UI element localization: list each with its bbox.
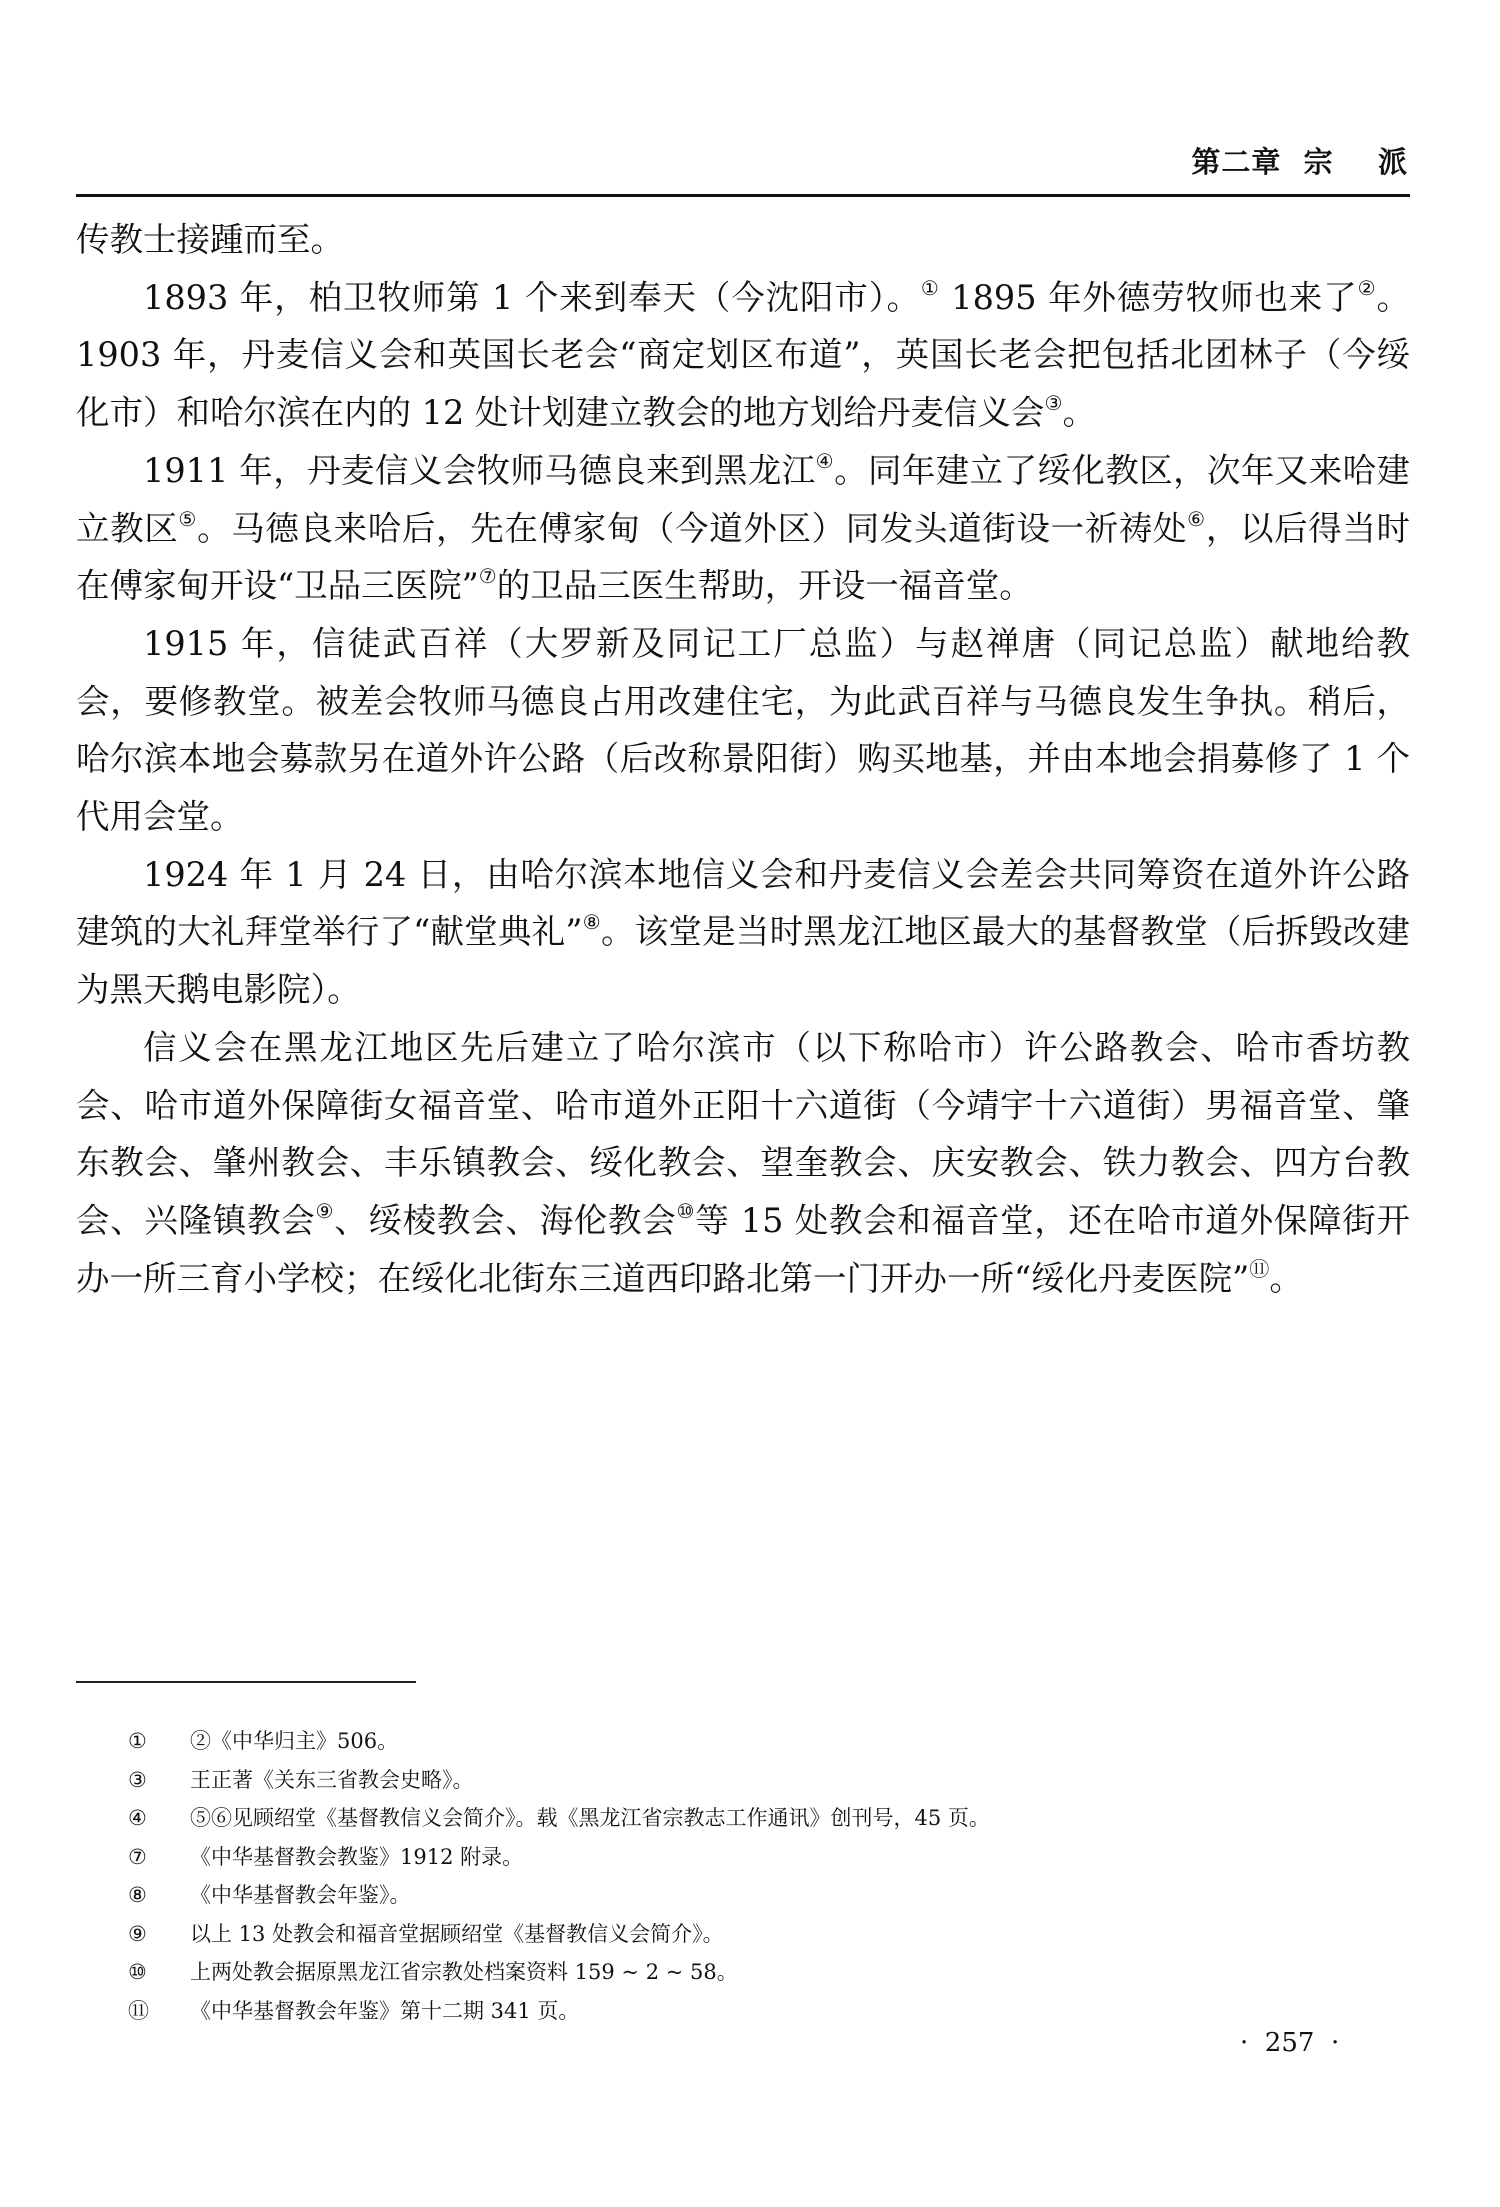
footnote-item: ⑦《中华基督教会教鉴》1912 附录。 xyxy=(128,1838,1328,1877)
text-run: 1915 年，信徒武百祥（大罗新及同记工厂总监）与赵禅唐（同记总监）献地给教会，… xyxy=(76,624,1410,836)
footnote-reference[interactable]: ② xyxy=(1358,276,1377,300)
footnote-item: ⑩上两处教会据原黑龙江省宗教处档案资料 159 ~ 2 ~ 58。 xyxy=(128,1953,1328,1992)
footnote-item: ③王正著《关东三省教会史略》。 xyxy=(128,1761,1328,1800)
page-number: · 257 · xyxy=(1240,2028,1339,2058)
paragraph: 信义会在黑龙江地区先后建立了哈尔滨市（以下称哈市）许公路教会、哈市香坊教会、哈市… xyxy=(76,1019,1410,1308)
footnote-item: ④⑤⑥见顾绍堂《基督教信义会简介》。载《黑龙江省宗教志工作通讯》创刊号，45 页… xyxy=(128,1799,1328,1838)
paragraph: 1924 年 1 月 24 日，由哈尔滨本地信义会和丹麦信义会差会共同筹资在道外… xyxy=(76,846,1410,1019)
paragraph: 1911 年，丹麦信义会牧师马德良来到黑龙江④。同年建立了绥化教区，次年又来哈建… xyxy=(76,442,1410,615)
text-run: 1911 年，丹麦信义会牧师马德良来到黑龙江 xyxy=(143,451,816,490)
text-run: 1893 年，柏卫牧师第 1 个来到奉天（今沈阳市）。 xyxy=(143,278,921,317)
text-run: 。马德良来哈后，先在傅家甸（今道外区）同发头道街设一祈祷处 xyxy=(197,509,1187,548)
running-head-chapter-title: 第二章 宗 派 xyxy=(1191,140,1408,181)
text-run: 。 xyxy=(1269,1259,1303,1298)
paragraph: 1915 年，信徒武百祥（大罗新及同记工厂总监）与赵禅唐（同记总监）献地给教会，… xyxy=(76,615,1410,846)
footnote-marker: ⑧ xyxy=(128,1876,190,1915)
paragraph: 1893 年，柏卫牧师第 1 个来到奉天（今沈阳市）。① 1895 年外德劳牧师… xyxy=(76,269,1410,442)
footnote-text: 《中华基督教会年鉴》。 xyxy=(190,1876,1328,1915)
footnote-item: ⑧《中华基督教会年鉴》。 xyxy=(128,1876,1328,1915)
footnote-reference[interactable]: ⑨ xyxy=(316,1199,335,1223)
footnote-reference[interactable]: ① xyxy=(921,276,940,300)
body-text: 传教士接踵而至。1893 年，柏卫牧师第 1 个来到奉天（今沈阳市）。① 189… xyxy=(76,211,1410,1307)
footnote-marker: ④ xyxy=(128,1799,190,1838)
footnote-reference[interactable]: ⑦ xyxy=(479,564,497,588)
footnote-marker: ① xyxy=(128,1722,190,1761)
text-run: 、绥棱教会、海伦教会 xyxy=(334,1201,676,1240)
footnote-reference[interactable]: ④ xyxy=(816,449,834,473)
footnote-reference[interactable]: ③ xyxy=(1044,391,1062,415)
footnote-separator xyxy=(76,1681,416,1683)
footnote-item: ⑨以上 13 处教会和福音堂据顾绍堂《基督教信义会简介》。 xyxy=(128,1915,1328,1954)
footnote-reference[interactable]: ⑥ xyxy=(1187,506,1206,530)
footnote-marker: ⑩ xyxy=(128,1953,190,1992)
footnote-reference[interactable]: ⑧ xyxy=(583,910,601,934)
footnote-text: ⑤⑥见顾绍堂《基督教信义会简介》。载《黑龙江省宗教志工作通讯》创刊号，45 页。 xyxy=(190,1799,1328,1838)
footnote-marker: ⑨ xyxy=(128,1915,190,1954)
text-run: 的卫品三医生帮助，开设一福音堂。 xyxy=(497,566,1033,605)
footnote-marker: ⑦ xyxy=(128,1838,190,1877)
footnote-reference[interactable]: ⑪ xyxy=(1249,1257,1269,1281)
footnote-item: ①②《中华归主》506。 xyxy=(128,1722,1328,1761)
paragraph: 传教士接踵而至。 xyxy=(76,211,1410,269)
footnote-text: 上两处教会据原黑龙江省宗教处档案资料 159 ~ 2 ~ 58。 xyxy=(190,1953,1328,1992)
text-run: 1895 年外德劳牧师也来了 xyxy=(940,278,1358,317)
footnote-reference[interactable]: ⑩ xyxy=(676,1199,695,1223)
footnote-text: 王正著《关东三省教会史略》。 xyxy=(190,1761,1328,1800)
footnote-text: 以上 13 处教会和福音堂据顾绍堂《基督教信义会简介》。 xyxy=(190,1915,1328,1954)
footnote-marker: ⑪ xyxy=(128,1992,190,2031)
footnote-item: ⑪《中华基督教会年鉴》第十二期 341 页。 xyxy=(128,1992,1328,2031)
footnote-marker: ③ xyxy=(128,1761,190,1800)
text-run: 。 xyxy=(1062,393,1096,432)
footnote-text: 《中华基督教会教鉴》1912 附录。 xyxy=(190,1838,1328,1877)
footnote-text: ②《中华归主》506。 xyxy=(190,1722,1328,1761)
footnotes: ①②《中华归主》506。③王正著《关东三省教会史略》。④⑤⑥见顾绍堂《基督教信义… xyxy=(128,1722,1328,2030)
header-rule xyxy=(76,194,1410,197)
footnote-text: 《中华基督教会年鉴》第十二期 341 页。 xyxy=(190,1992,1328,2031)
footnote-reference[interactable]: ⑤ xyxy=(178,506,197,530)
